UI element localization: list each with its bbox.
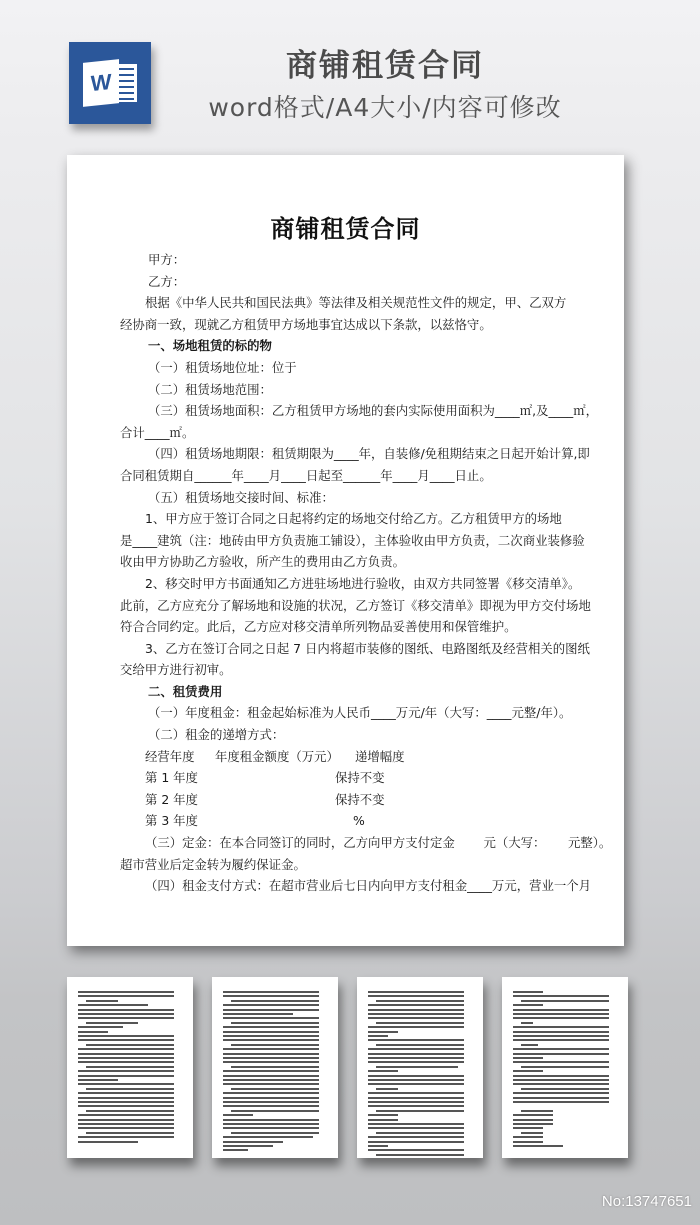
document-line: 经协商一致，现就乙方租赁甲方场地事宜达成以下条款，以兹恪守。 [120,314,572,336]
thumbnail-text-line [368,1123,464,1125]
document-line: 3、乙方在签订合同之日起 7 日内将超市装修的图纸、电路图纸及经营相关的图纸 [120,638,572,660]
thumbnail-text-line [368,995,464,997]
thumbnail-text-line [231,1022,319,1024]
thumbnail-text-line [521,1000,609,1002]
thumbnail-text-line [376,1132,464,1134]
table-cell-year: 第 3 年度 [120,810,215,832]
banner-subtitle: word格式/A4大小/内容可修改 [190,88,580,124]
document-line: 合计____㎡。 [120,422,572,444]
thumbnail-text-line [78,1097,174,1099]
thumbnail-text-line [223,1053,319,1055]
thumbnail-text-line [368,1136,464,1138]
thumbnail-text-line [223,1123,319,1125]
section-heading: 一、场地租赁的标的物 [120,335,572,357]
thumbnail-text-line [78,1057,174,1059]
thumbnail-text-line [78,1141,138,1143]
thumbnail-text-line [223,1136,313,1138]
document-line: 根据《中华人民共和国民法典》等法律及相关规范性文件的规定，甲、乙双方 [120,292,572,314]
table-row: 第 1 年度 保持不变 [120,767,572,789]
thumbnail-text-line [78,1013,174,1015]
thumbnail-text-line [368,1092,464,1094]
table-row: 第 3 年度 % [120,810,572,832]
thumbnail-text-line [78,1048,174,1050]
document-line: 甲方： [120,249,572,271]
rent-table-header: 经营年度 年度租金额度（万元） 递增幅度 [120,746,572,768]
thumbnail-text-line [78,1136,174,1138]
thumbnail-text-line [223,991,319,993]
table-cell-increase: 保持不变 [335,767,385,789]
document-line: （四）租金支付方式：在超市营业后七日内向甲方支付租金____万元，营业一个月 [120,875,572,897]
thumbnail-text-line [78,1092,174,1094]
document-line: 合同租赁期自______年____月____日起至______年____月___… [120,465,572,487]
thumbnail-text-line [368,1114,398,1116]
document-body: 甲方：乙方：根据《中华人民共和国民法典》等法律及相关规范性文件的规定，甲、乙双方… [120,249,572,897]
thumbnail-text-line [78,1009,174,1011]
thumbnail-text-line [368,1048,464,1050]
section-heading: 二、租赁费用 [120,681,572,703]
thumbnail-text-line [513,1092,609,1094]
thumbnail-text-line [223,1092,319,1094]
document-line: （三）租赁场地面积：乙方租赁甲方场地的套内实际使用面积为____㎡,及____㎡… [120,400,572,422]
thumbnail-text-line [223,1048,319,1050]
document-line: 收由甲方协助乙方验收，所产生的费用由乙方负责。 [120,551,572,573]
thumbnail-text-line [223,1119,319,1121]
thumbnail-text-line [78,1083,174,1085]
thumbnail-text-line [368,1013,464,1015]
thumbnail-text-line [223,1105,319,1107]
thumbnail-text-line [78,1075,174,1077]
thumbnail-text-line [513,1048,609,1050]
thumbnail-text-line [78,1039,174,1041]
thumbnail-text-line [513,1145,563,1147]
thumbnail-text-line [513,1017,609,1019]
table-row: 第 2 年度 保持不变 [120,789,572,811]
thumbnail-text-line [368,1079,464,1081]
thumbnail-text-line [368,1141,464,1143]
thumbnail-text-line [376,1022,464,1024]
thumbnail-text-line [376,1000,464,1002]
thumbnail-text-line [223,1070,319,1072]
thumbnail-text-line [368,1039,464,1041]
thumbnail-text-line [231,1044,319,1046]
thumbnail-text-line [78,1017,174,1019]
document-page-preview: 商铺租赁合同 甲方：乙方：根据《中华人民共和国民法典》等法律及相关规范性文件的规… [67,155,624,946]
thumbnail-text-line [521,1044,538,1046]
thumbnail-text-line [521,1132,543,1134]
thumbnail-text-line [223,1145,273,1147]
thumbnail-text-line [223,1026,319,1028]
thumbnail-text-line [521,1088,609,1090]
document-line: 1、甲方应于签订合同之日起将约定的场地交付给乙方。乙方租赁甲方的场地 [120,508,572,530]
thumbnail-text-line [368,1145,388,1147]
thumbnail-text-line [231,1110,319,1112]
document-line: 2、移交时甲方书面通知乙方进驻场地进行验收，由双方共同签署《移交清单》。 [120,573,572,595]
page-4-preview [357,977,483,1158]
thumbnail-text-line [223,1061,319,1063]
page-5-preview [502,977,628,1158]
thumbnail-text-line [521,1022,533,1024]
thumbnail-text-line [78,1101,174,1103]
thumbnail-text-line [513,1061,609,1063]
thumbnail-text-line [78,991,174,993]
thumbnail-text-line [78,1105,174,1107]
thumbnail-text-line [513,1114,553,1116]
thumbnail-text-line [86,1044,174,1046]
document-line: 符合合同约定。此后，乙方应对移交清单所列物品妥善使用和保管维护。 [120,616,572,638]
thumbnail-text-line [86,1110,174,1112]
thumbnail-text-line [368,1083,464,1085]
document-line: 是____建筑（注：地砖由甲方负责施工铺设），主体验收由甲方负责，二次商业装修验 [120,530,572,552]
thumbnail-text-line [368,1009,464,1011]
thumbnail-text-line [223,1101,319,1103]
thumbnail-text-line [521,1110,553,1112]
document-line: 交给甲方进行初审。 [120,659,572,681]
thumbnail-text-line [231,1000,319,1002]
thumbnail-text-line [513,1127,543,1129]
thumbnail-text-line [513,1097,609,1099]
document-line: （一）租赁场地位址：位于 [120,357,572,379]
word-icon-letter: W [83,59,119,107]
thumbnail-text-line [376,1154,464,1156]
thumbnail-text-line [223,995,319,997]
document-line: 乙方： [120,271,572,293]
thumbnail-text-line [513,1079,609,1081]
serial-number: No:13747651 [602,1193,692,1210]
page-2-preview [67,977,193,1158]
document-title: 商铺租赁合同 [67,209,624,244]
page-3-preview [212,977,338,1158]
thumbnail-text-line [78,1127,174,1129]
thumbnail-text-line [376,1066,458,1068]
table-header-year: 经营年度 [120,746,208,768]
thumbnail-text-line [376,1088,398,1090]
thumbnail-text-line [78,995,174,997]
thumbnail-text-line [513,1057,543,1059]
thumbnail-text-line [223,1031,319,1033]
thumbnail-text-line [513,1013,609,1015]
thumbnail-text-line [223,1075,319,1077]
thumbnail-text-line [368,1101,464,1103]
document-line: 此前，乙方应充分了解场地和设施的状况，乙方签订《移交清单》即视为甲方交付场地 [120,595,572,617]
thumbnail-text-line [368,1070,398,1072]
thumbnail-text-line [368,1004,464,1006]
table-header-amount: 年度租金额度（万元） [208,746,335,768]
table-cell-increase: % [335,810,365,832]
thumbnail-text-line [78,1123,174,1125]
thumbnail-text-line [223,1035,319,1037]
table-header-increase: 递增幅度 [335,746,455,768]
thumbnail-text-line [78,1061,174,1063]
thumbnail-text-line [223,1149,248,1151]
thumbnail-text-line [223,1039,319,1041]
thumbnail-text-line [86,1132,174,1134]
thumbnail-text-line [368,1053,464,1055]
thumbnail-text-line [78,1114,174,1116]
thumbnail-text-line [368,1097,464,1099]
thumbnail-text-line [513,1075,609,1077]
thumbnail-text-line [368,1035,388,1037]
thumbnail-text-line [78,1079,118,1081]
thumbnail-text-line [368,1119,398,1121]
thumbnail-text-line [368,1105,464,1107]
document-paragraphs-continued: （三）定金：在本合同签订的同时，乙方向甲方支付定金 元（大写： 元整）。超市营业… [120,832,572,897]
thumbnail-text-line [223,1004,319,1006]
thumbnail-text-line [223,1141,283,1143]
table-cell-year: 第 1 年度 [120,767,215,789]
document-line: （二）租赁场地范围： [120,379,572,401]
thumbnail-text-line [513,991,543,993]
thumbnail-text-line [78,1119,174,1121]
thumbnail-text-line [78,1053,174,1055]
document-paragraphs: 甲方：乙方：根据《中华人民共和国民法典》等法律及相关规范性文件的规定，甲、乙双方… [120,249,572,746]
thumbnail-text-line [513,1136,543,1138]
thumbnail-text-line [368,1149,464,1151]
thumbnail-text-line [223,1057,319,1059]
thumbnail-text-line [223,1097,319,1099]
thumbnail-text-line [368,1031,398,1033]
document-line: （二）租金的递增方式： [120,724,572,746]
thumbnail-text-line [368,1075,464,1077]
thumbnail-text-line [368,991,464,993]
thumbnail-text-line [513,1009,609,1011]
thumbnail-text-line [513,1039,609,1041]
thumbnail-text-line [513,1035,609,1037]
thumbnail-text-line [86,1000,118,1002]
thumbnail-text-line [513,995,609,997]
thumbnail-text-line [223,1009,319,1011]
banner-title: 商铺租赁合同 [200,40,570,85]
thumbnail-text-line [231,1088,319,1090]
thumbnail-text-line [223,1083,319,1085]
word-document-icon: W [69,42,151,124]
thumbnail-text-line [78,1004,148,1006]
thumbnail-text-line [78,1070,174,1072]
document-line: （四）租赁场地期限：租赁期限为____年，自装修/免租期结束之日起开始计算,即 [120,443,572,465]
thumbnail-text-line [513,1070,543,1072]
thumbnail-text-line [368,1061,464,1063]
thumbnail-text-line [223,1079,319,1081]
thumbnail-text-line [376,1044,464,1046]
thumbnail-text-line [513,1141,543,1143]
document-line: （三）定金：在本合同签订的同时，乙方向甲方支付定金 元（大写： 元整）。 [120,832,572,854]
table-cell-amount [215,789,335,811]
thumbnail-text-line [231,1066,319,1068]
table-cell-amount [215,810,335,832]
thumbnail-text-line [368,1127,464,1129]
thumbnail-text-line [513,1083,609,1085]
thumbnail-text-line [86,1088,174,1090]
thumbnail-text-line [521,1066,609,1068]
thumbnail-text-line [376,1110,464,1112]
thumbnail-text-line [513,1026,609,1028]
thumbnail-text-line [223,1114,253,1116]
thumbnail-text-line [86,1022,138,1024]
document-line: 超市营业后定金转为履约保证金。 [120,854,572,876]
thumbnail-text-line [513,1004,543,1006]
table-cell-year: 第 2 年度 [120,789,215,811]
thumbnail-text-line [86,1066,174,1068]
thumbnail-text-line [223,1017,319,1019]
thumbnail-text-line [231,1132,319,1134]
thumbnail-text-line [223,1013,293,1015]
thumbnail-text-line [368,1057,464,1059]
table-cell-amount [215,767,335,789]
thumbnail-text-line [513,1053,609,1055]
header-banner: W 商铺租赁合同 word格式/A4大小/内容可修改 [0,0,700,150]
thumbnail-text-line [223,1127,319,1129]
thumbnail-text-line [513,1031,609,1033]
thumbnail-text-line [513,1101,609,1103]
thumbnail-text-line [368,1017,464,1019]
document-line: （五）租赁场地交接时间、标准： [120,487,572,509]
thumbnail-text-line [78,1031,108,1033]
thumbnail-text-line [78,1026,123,1028]
thumbnail-text-line [513,1123,553,1125]
thumbnail-text-line [368,1026,464,1028]
thumbnail-text-line [78,1035,174,1037]
thumbnail-text-line [513,1119,553,1121]
table-cell-increase: 保持不变 [335,789,385,811]
document-line: （一）年度租金：租金起始标准为人民币____万元/年（大写：____元整/年）。 [120,702,572,724]
